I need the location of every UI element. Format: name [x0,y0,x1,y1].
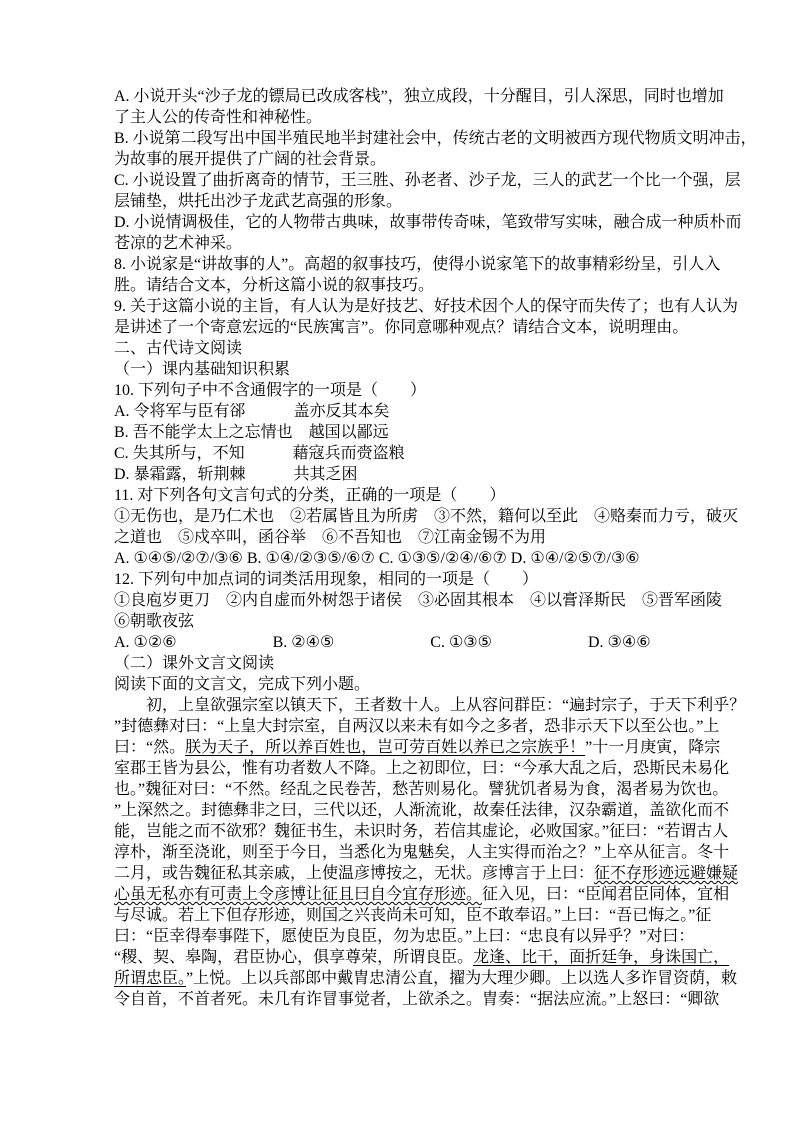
text-line: 苍凉的艺术神采。 [114,233,714,254]
text-segment: 是讲述了一个寄意宏远的“民族寓言”。你同意哪种观点？请结合文本，说明理由。 [114,319,688,336]
text-segment: ①无伤也，是乃仁术也 ②若属皆且为所虏 ③不然，籍何以至此 ④赂秦而力亏，破灭 [114,508,738,525]
text-segment: D. 暴霜露，斩荆棘 共其乏困 [114,466,358,483]
underlined-text-segment: 龙逢、比干，面折廷争，身诛国亡， [473,949,729,966]
document-page: A. 小说开头“沙子龙的镖局已改成客栈”，独立成段，十分醒目，引人深思，同时也增… [0,0,794,1123]
text-line: 所谓忠臣。”上悦。上以兵部郎中戴胄忠清公直，擢为大理少卿。上以选人多诈冒资荫，敕 [114,968,714,989]
text-line: B. 小说第二段写出中国半殖民地半封建社会中，传统古老的文明被西方现代物质文明冲… [114,128,714,149]
text-segment: 曰：“然。 [114,739,185,756]
text-segment: 了主人公的传奇性和神秘性。 [114,109,322,126]
text-segment: C. 失其所与，不知 藉寇兵而赍盗粮 [114,445,405,462]
text-segment: B. 小说第二段写出中国半殖民地半封建社会中，传统古老的文明被西方现代物质文明冲… [114,130,757,147]
text-line: A. ①④⑤/②⑦/③⑥ B. ①④/②③⑤/⑥⑦ C. ①③⑤/②④/⑥⑦ D… [114,548,714,569]
text-line: 了主人公的传奇性和神秘性。 [114,107,714,128]
text-segment: A. ①②⑥ B. ②④⑤ C. ①③⑤ D. ③④⑥ [114,634,651,651]
text-line: 也。”魏征对曰：“不然。经乱之民卷苦，愁苦则易化。譬犹饥者易为食，渴者易为饮也。 [114,779,714,800]
text-segment: 9. 关于这篇小说的主旨，有人认为是好技艺、好技术因个人的保守而失传了；也有人认… [114,298,738,315]
text-line: ①良庖岁更刀 ②内自虚而外树怨于诸侯 ③必固其根本 ④以膏泽斯民 ⑤晋军函陵 [114,590,714,611]
text-line: 曰：“臣幸得奉事陛下，愿使臣为良臣，勿为忠臣。”上曰：“忠良有以异乎？”对曰： [114,926,714,947]
text-line: 12. 下列句中加点词的词类活用现象，相同的一项是（ ） [114,569,714,590]
text-segment: D. 小说情调极佳，它的人物带古典味，故事带传奇味，笔致带写实味，融合成一种质朴… [114,214,742,231]
underlined-text-segment: 征不存形迹远避嫌疑 [594,865,738,882]
text-line: ⑥朝歌夜弦 [114,611,714,632]
text-line: 胜。请结合文本，分析这篇小说的叙事技巧。 [114,275,714,296]
text-segment: 淳朴，渐至浇讹，则至于今日，当悉化为鬼魅矣，人主实得而治之？”上卒从征言。冬十 [114,844,729,861]
text-line: ”封德彝对曰：“上皇大封宗室，自两汉以来未有如今之多者，恐非示天下以至公也。”上 [114,716,714,737]
text-line: 二月，或告魏征私其亲戚，上使温彦博按之，无状。彦博言于上曰：征不存形迹远避嫌疑 [114,863,714,884]
text-segment: ”封德彝对曰：“上皇大封宗室，自两汉以来未有如今之多者，恐非示天下以至公也。”上 [114,718,719,735]
text-segment: 层铺垫，烘托出沙子龙武艺高强的形象。 [114,193,402,210]
text-line: C. 失其所与，不知 藉寇兵而赍盗粮 [114,443,714,464]
text-segment: “稷、契、皋陶，君臣协心，俱享尊荣，所谓良臣。 [114,949,473,966]
text-line: 9. 关于这篇小说的主旨，有人认为是好技艺、好技术因个人的保守而失传了；也有人认… [114,296,714,317]
text-line: C. 小说设置了曲折离奇的情节，王三胜、孙老者、沙子龙，三人的武艺一个比一个强，… [114,170,714,191]
text-segment: 12. 下列句中加点词的词类活用现象，相同的一项是（ ） [114,571,538,588]
text-segment: 8. 小说家是“讲故事的人”。高超的叙事技巧，使得小说家笔下的故事精彩纷呈，引人… [114,256,720,273]
text-line: ①无伤也，是乃仁术也 ②若属皆且为所虏 ③不然，籍何以至此 ④赂秦而力亏，破灭 [114,506,714,527]
text-line: “稷、契、皋陶，君臣协心，俱享尊荣，所谓良臣。龙逢、比干，面折廷争，身诛国亡， [114,947,714,968]
text-line: 阅读下面的文言文，完成下列小题。 [114,674,714,695]
text-segment: A. 小说开头“沙子龙的镖局已改成客栈”，独立成段，十分醒目，引人深思，同时也增… [114,88,724,105]
text-segment: ”十一月庚寅，降宗 [585,739,720,756]
text-segment: 11. 对下列各句文言句式的分类，正确的一项是（ ） [114,487,505,504]
text-line: 层铺垫，烘托出沙子龙武艺高强的形象。 [114,191,714,212]
text-line: 令自首，不首者死。未几有诈冒事觉者，上欲杀之。胄奏：“据法应流。”上怒曰：“卿欲 [114,989,714,1010]
exam-text-block: A. 小说开头“沙子龙的镖局已改成客栈”，独立成段，十分醒目，引人深思，同时也增… [114,86,714,1010]
text-segment: 初，上皇欲强宗室以镇天下，王者数十人。上从容问群臣：“遍封宗子，于天下利乎？ [114,697,745,714]
text-line: D. 暴霜露，斩荆棘 共其乏困 [114,464,714,485]
text-line: 淳朴，渐至浇讹，则至于今日，当悉化为鬼魅矣，人主实得而治之？”上卒从征言。冬十 [114,842,714,863]
text-segment: ”上深然之。封德彝非之曰，三代以还，人渐流讹，故秦任法律，汉杂霸道，盖欲化而不 [114,802,729,819]
text-line: A. 小说开头“沙子龙的镖局已改成客栈”，独立成段，十分醒目，引人深思，同时也增… [114,86,714,107]
text-line: （二）课外文言文阅读 [114,653,714,674]
text-segment: 二、古代诗文阅读 [114,340,242,357]
text-line: 室郡王皆为县公，惟有功者数人不降。上之初即位，曰：“今承大乱之后，恐斯民未易化 [114,758,714,779]
text-line: 曰：“然。朕为天子，所以养百姓也，岂可劳百姓以养已之宗族乎！”十一月庚寅，降宗 [114,737,714,758]
text-segment: 能，岂能之而不欲邪？魏征书生，未识时务，若信其虚论，必败国家。”征曰：“若谓古人 [114,823,728,840]
text-segment: A. 令将军与臣有郤 盖亦反其本矣 [114,403,390,420]
text-line: B. 吾不能学太上之忘情也 越国以鄙远 [114,422,714,443]
text-segment: 二月，或告魏征私其亲戚，上使温彦博按之，无状。彦博言于上曰： [114,865,594,882]
text-segment: 与尽诚。若上下但存形迹，则国之兴丧尚未可知，臣不敢奉诏。”上曰：“吾已悔之。”征 [114,907,711,924]
text-segment: B. 吾不能学太上之忘情也 越国以鄙远 [114,424,389,441]
text-segment: 苍凉的艺术神采。 [114,235,242,252]
text-segment: ⑥朝歌夜弦 [114,613,194,630]
text-line: 能，岂能之而不欲邪？魏征书生，未识时务，若信其虚论，必败国家。”征曰：“若谓古人 [114,821,714,842]
text-segment: 令自首，不首者死。未几有诈冒事觉者，上欲杀之。胄奏：“据法应流。”上怒曰：“卿欲 [114,991,719,1008]
text-segment: 胜。请结合文本，分析这篇小说的叙事技巧。 [114,277,434,294]
text-segment: 10. 下列句子中不含通假字的一项是（ ） [114,382,426,399]
text-segment: 曰：“臣幸得奉事陛下，愿使臣为良臣，勿为忠臣。”上曰：“忠良有以异乎？”对曰： [114,928,694,945]
text-segment: 阅读下面的文言文，完成下列小题。 [114,676,370,693]
text-segment: 之道也 ⑤戍卒叫，函谷举 ⑥不吾知也 ⑦江南金锡不为用 [114,529,546,546]
text-segment: 征入见，曰：“臣闻君臣同体，宜相 [482,886,729,903]
text-segment: 也。”魏征对曰：“不然。经乱之民卷苦，愁苦则易化。譬犹饥者易为食，渴者易为饮也。 [114,781,728,798]
text-line: 心虽无私亦有可责上令彦博让征且曰自今宜存形迹。征入见，曰：“臣闻君臣同体，宜相 [114,884,714,905]
text-line: 10. 下列句子中不含通假字的一项是（ ） [114,380,714,401]
text-line: 为故事的展开提供了广阔的社会背景。 [114,149,714,170]
text-line: 与尽诚。若上下但存形迹，则国之兴丧尚未可知，臣不敢奉诏。”上曰：“吾已悔之。”征 [114,905,714,926]
text-line: 11. 对下列各句文言句式的分类，正确的一项是（ ） [114,485,714,506]
underlined-text-segment: 心虽无私亦有可责上令彦博让征且曰自今宜存形迹。 [114,886,482,903]
text-segment: （一）课内基础知识积累 [114,361,290,378]
underlined-text-segment: 所谓忠臣。 [114,970,186,987]
text-line: A. ①②⑥ B. ②④⑤ C. ①③⑤ D. ③④⑥ [114,632,714,653]
text-segment: ”上悦。上以兵部郎中戴胄忠清公直，擢为大理少卿。上以选人多诈冒资荫，敕 [186,970,737,987]
text-segment: 室郡王皆为县公，惟有功者数人不降。上之初即位，曰：“今承大乱之后，恐斯民未易化 [114,760,729,777]
text-line: A. 令将军与臣有郤 盖亦反其本矣 [114,401,714,422]
text-line: 之道也 ⑤戍卒叫，函谷举 ⑥不吾知也 ⑦江南金锡不为用 [114,527,714,548]
text-segment: 为故事的展开提供了广阔的社会背景。 [114,151,386,168]
text-segment: ①良庖岁更刀 ②内自虚而外树怨于诸侯 ③必固其根本 ④以膏泽斯民 ⑤晋军函陵 [114,592,722,609]
text-line: 二、古代诗文阅读 [114,338,714,359]
text-line: 8. 小说家是“讲故事的人”。高超的叙事技巧，使得小说家笔下的故事精彩纷呈，引人… [114,254,714,275]
text-line: ”上深然之。封德彝非之曰，三代以还，人渐流讹，故秦任法律，汉杂霸道，盖欲化而不 [114,800,714,821]
underlined-text-segment: 朕为天子，所以养百姓也，岂可劳百姓以养已之宗族乎！ [185,739,585,756]
text-line: 初，上皇欲强宗室以镇天下，王者数十人。上从容问群臣：“遍封宗子，于天下利乎？ [114,695,714,716]
text-line: （一）课内基础知识积累 [114,359,714,380]
text-line: 是讲述了一个寄意宏远的“民族寓言”。你同意哪种观点？请结合文本，说明理由。 [114,317,714,338]
text-segment: C. 小说设置了曲折离奇的情节，王三胜、孙老者、沙子龙，三人的武艺一个比一个强，… [114,172,741,189]
text-line: D. 小说情调极佳，它的人物带古典味，故事带传奇味，笔致带写实味，融合成一种质朴… [114,212,714,233]
text-segment: A. ①④⑤/②⑦/③⑥ B. ①④/②③⑤/⑥⑦ C. ①③⑤/②④/⑥⑦ D… [114,550,640,567]
text-segment: （二）课外文言文阅读 [114,655,274,672]
